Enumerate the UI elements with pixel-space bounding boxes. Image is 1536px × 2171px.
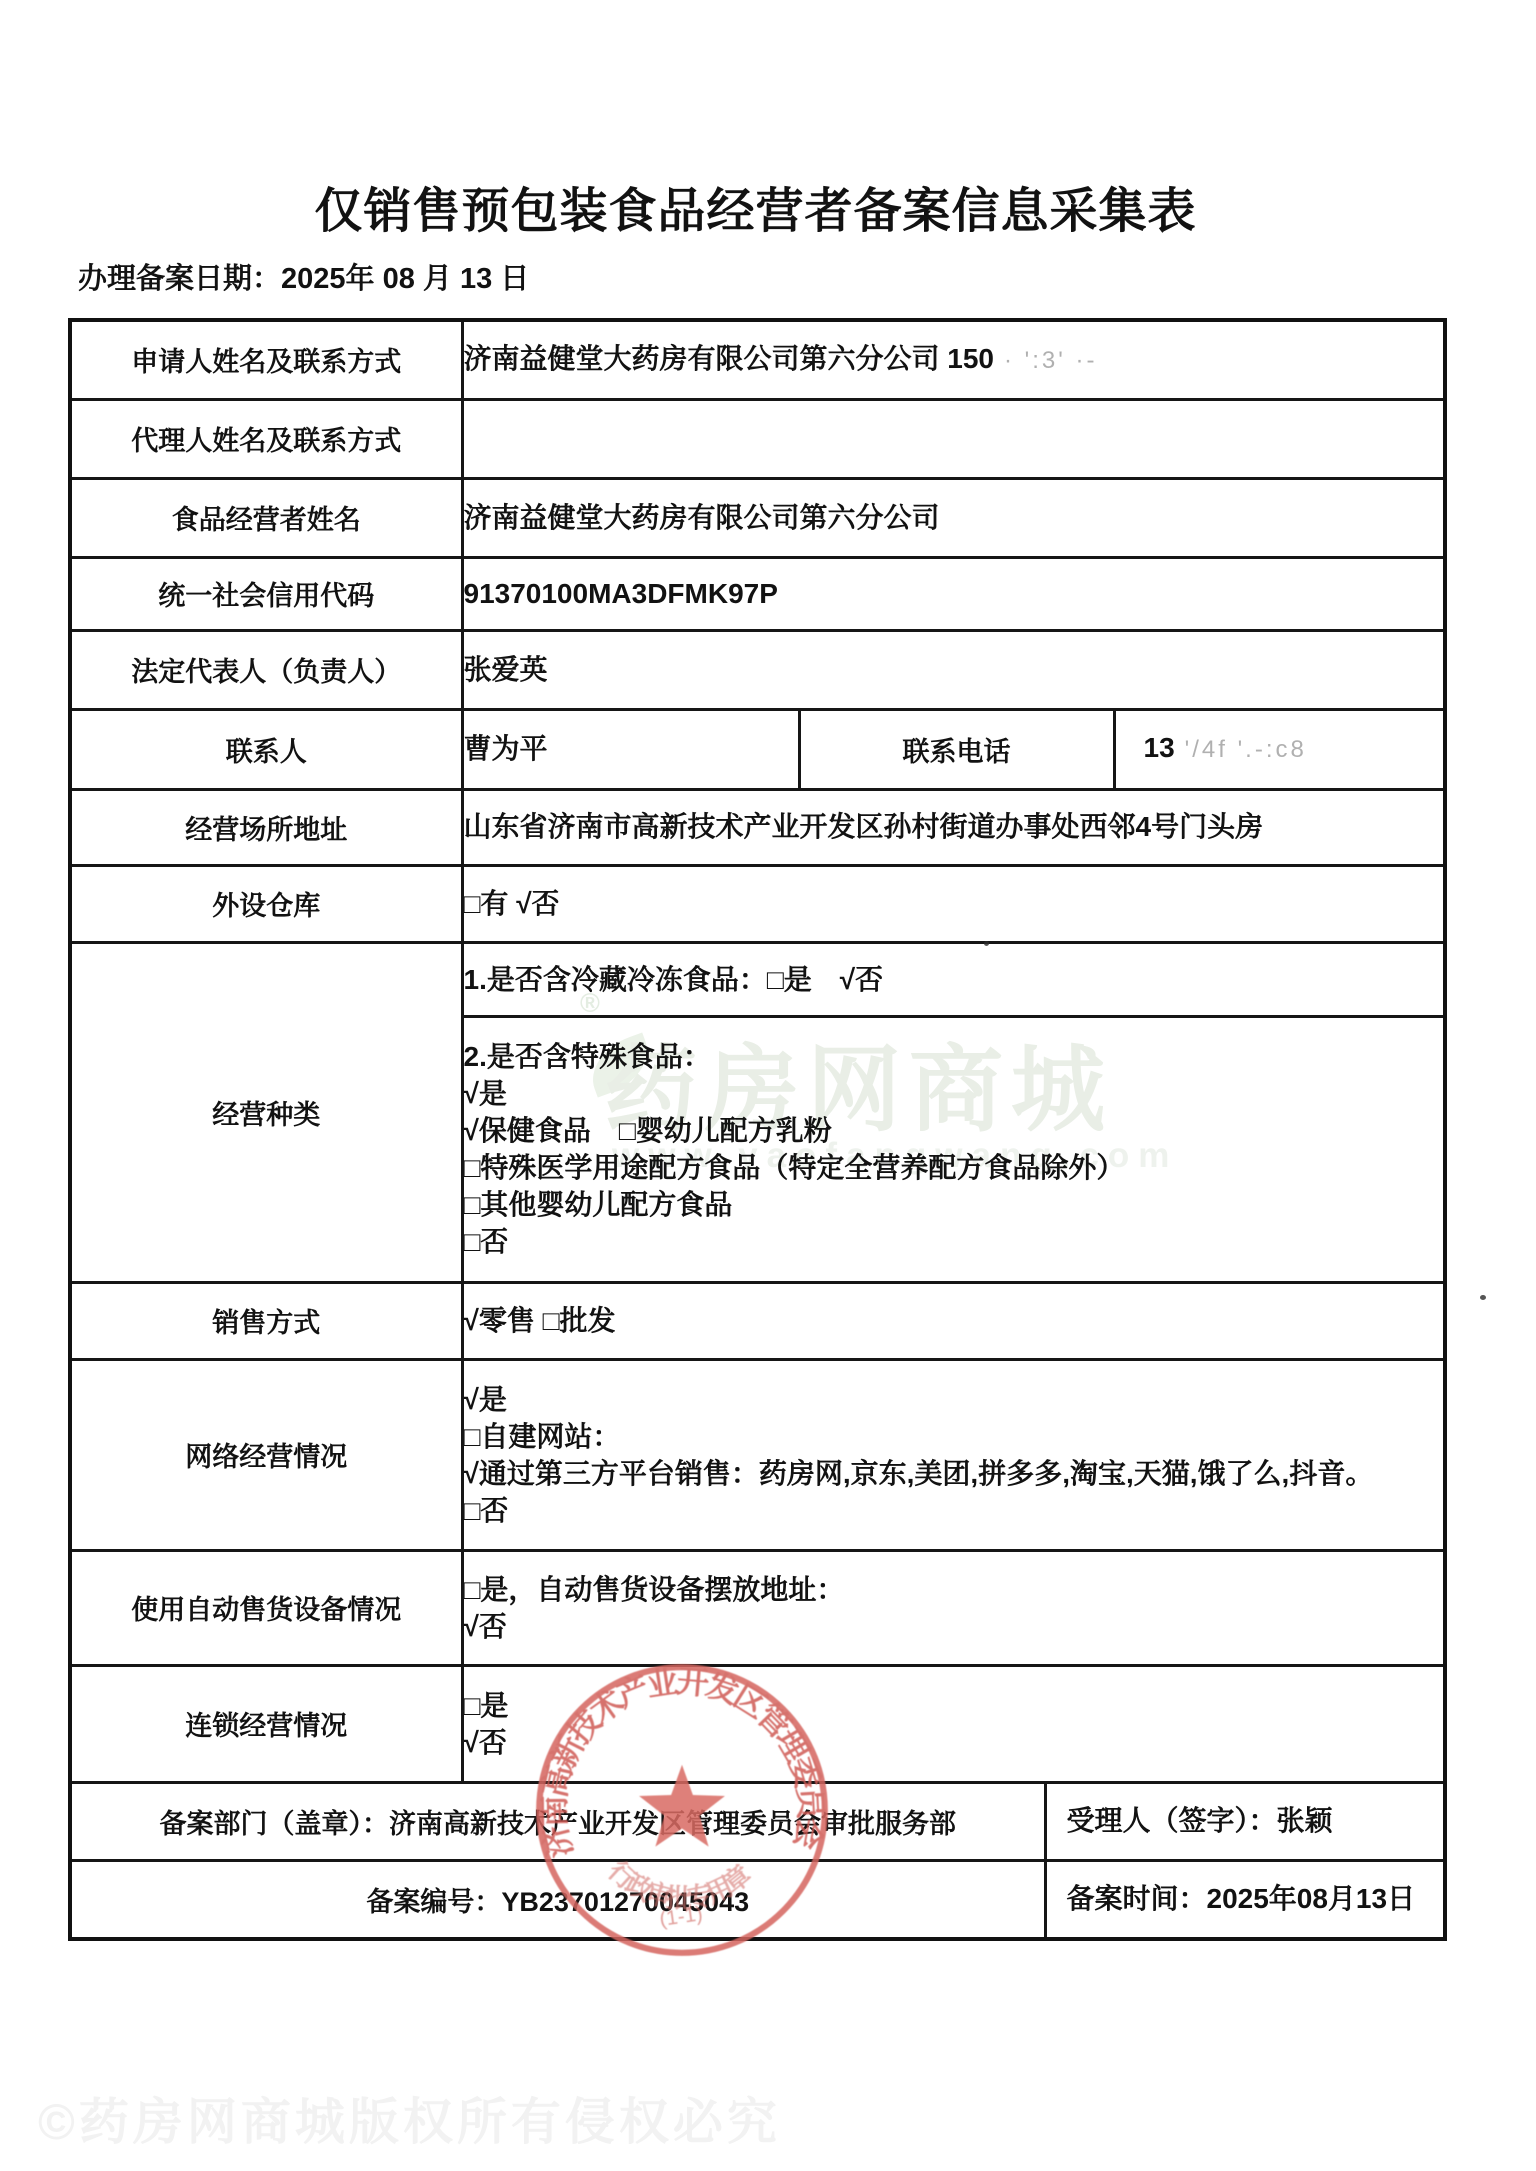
agent-value-cell: [462, 399, 1445, 478]
legal-rep-value: 张爱英: [462, 630, 1445, 709]
credit-code-value: 91370100MA3DFMK97P: [462, 557, 1445, 630]
category-cold-cell: 1.是否含冷藏冷冻食品：□是 √否: [462, 942, 1445, 1016]
chain-operation-cell: □是 √否: [462, 1665, 1445, 1782]
table-row: 联系人 曹为平 联系电话 13'/4f '.-:c8: [70, 709, 1445, 789]
sales-mode-label: 销售方式: [70, 1282, 462, 1359]
table-row: 备案编号：YB23701270045043 备案时间：2025年08月13日: [70, 1860, 1445, 1939]
category-special-line: □特殊医学用途配方食品（特定全营养配方食品除外）: [464, 1149, 1444, 1186]
registration-form-table: 申请人姓名及联系方式 济南益健堂大药房有限公司第六分公司 150· ':3' ·…: [68, 318, 1447, 1941]
table-row: 经营场所地址 山东省济南市高新技术产业开发区孙村街道办事处西邻4号门头房: [70, 789, 1445, 865]
table-row: 申请人姓名及联系方式 济南益健堂大药房有限公司第六分公司 150· ':3' ·…: [70, 320, 1445, 399]
legal-rep-label: 法定代表人（负责人）: [70, 630, 462, 709]
applicant-phone-redacted: · ':3' ·-: [994, 347, 1098, 374]
contact-phone-cell: 13'/4f '.-:c8: [1114, 709, 1445, 789]
online-business-cell: √是 □自建网站： √通过第三方平台销售：药房网,京东,美团,拼多多,淘宝,天猫…: [462, 1359, 1445, 1550]
online-business-line: √通过第三方平台销售：药房网,京东,美团,拼多多,淘宝,天猫,饿了么,抖音。: [464, 1455, 1444, 1492]
address-label: 经营场所地址: [70, 789, 462, 865]
warehouse-value: □有 √否: [462, 865, 1445, 942]
category-special-line: 2.是否含特殊食品：: [464, 1038, 1444, 1075]
table-row: 统一社会信用代码 91370100MA3DFMK97P: [70, 557, 1445, 630]
operator-name-value: 济南益健堂大药房有限公司第六分公司: [462, 478, 1445, 557]
agent-label: 代理人姓名及联系方式: [70, 399, 462, 478]
category-label: 经营种类: [70, 942, 462, 1282]
table-row: 连锁经营情况 □是 √否: [70, 1665, 1445, 1782]
contact-person-label: 联系人: [70, 709, 462, 789]
warehouse-label: 外设仓库: [70, 865, 462, 942]
contact-phone-value: 13: [1144, 732, 1175, 763]
document-page: ® 药房网商城 www.yaofangwang.com 仅销售预包装食品经营者备…: [0, 0, 1536, 2171]
table-row: 食品经营者姓名 济南益健堂大药房有限公司第六分公司: [70, 478, 1445, 557]
record-number: 备案编号：YB23701270045043: [70, 1860, 1045, 1939]
online-business-line: □自建网站：: [464, 1418, 1444, 1455]
table-row: 销售方式 √零售 □批发: [70, 1282, 1445, 1359]
contact-phone-redacted: '/4f '.-:c8: [1175, 736, 1307, 763]
credit-code-label: 统一社会信用代码: [70, 557, 462, 630]
table-row: 经营种类 1.是否含冷藏冷冻食品：□是 √否: [70, 942, 1445, 1016]
vending-machine-cell: □是，自动售货设备摆放地址： √否: [462, 1550, 1445, 1665]
chain-operation-line: √否: [464, 1724, 1444, 1761]
table-row: 备案部门（盖章）：济南高新技术产业开发区管理委员会审批服务部 受理人（签字）：张…: [70, 1782, 1445, 1860]
contact-phone-label: 联系电话: [799, 709, 1114, 789]
category-special-line: □否: [464, 1223, 1444, 1260]
applicant-value: 济南益健堂大药房有限公司第六分公司 150: [464, 343, 995, 374]
category-special-line: √保健食品 □婴幼儿配方乳粉: [464, 1112, 1444, 1149]
table-row: 使用自动售货设备情况 □是，自动售货设备摆放地址： √否: [70, 1550, 1445, 1665]
vending-machine-line: √否: [464, 1608, 1444, 1645]
operator-name-label: 食品经营者姓名: [70, 478, 462, 557]
footer-copyright-watermark: ©药房网商城版权所有侵权必究: [38, 2082, 781, 2154]
vending-machine-line: □是，自动售货设备摆放地址：: [464, 1571, 1444, 1608]
address-value: 山东省济南市高新技术产业开发区孙村街道办事处西邻4号门头房: [462, 789, 1445, 865]
category-special-cell: 2.是否含特殊食品： √是 √保健食品 □婴幼儿配方乳粉 □特殊医学用途配方食品…: [462, 1016, 1445, 1282]
applicant-label: 申请人姓名及联系方式: [70, 320, 462, 399]
page-title: 仅销售预包装食品经营者备案信息采集表: [68, 172, 1443, 241]
acceptor-signature: 受理人（签字）：张颖: [1045, 1782, 1445, 1860]
table-row: 外设仓库 □有 √否: [70, 865, 1445, 942]
contact-person-value: 曹为平: [462, 709, 799, 789]
chain-operation-label: 连锁经营情况: [70, 1665, 462, 1782]
vending-machine-label: 使用自动售货设备情况: [70, 1550, 462, 1665]
table-row: 代理人姓名及联系方式: [70, 399, 1445, 478]
chain-operation-line: □是: [464, 1687, 1444, 1724]
category-special-line: □其他婴幼儿配方食品: [464, 1186, 1444, 1223]
scan-noise-dot: [984, 941, 989, 946]
table-row: 法定代表人（负责人） 张爱英: [70, 630, 1445, 709]
table-row: 网络经营情况 √是 □自建网站： √通过第三方平台销售：药房网,京东,美团,拼多…: [70, 1359, 1445, 1550]
online-business-line: √是: [464, 1381, 1444, 1418]
sales-mode-value: √零售 □批发: [462, 1282, 1445, 1359]
filing-department: 备案部门（盖章）：济南高新技术产业开发区管理委员会审批服务部: [70, 1782, 1045, 1860]
filing-date-line: 办理备案日期：2025年 08 月 13 日: [78, 256, 529, 297]
online-business-label: 网络经营情况: [70, 1359, 462, 1550]
online-business-line: □否: [464, 1492, 1444, 1529]
category-special-line: √是: [464, 1075, 1444, 1112]
applicant-value-cell: 济南益健堂大药房有限公司第六分公司 150· ':3' ·-: [462, 320, 1445, 399]
category-cold-line: 1.是否含冷藏冷冻食品：□是 √否: [464, 961, 1444, 998]
scan-noise-dot: [1480, 1295, 1486, 1300]
record-time: 备案时间：2025年08月13日: [1045, 1860, 1445, 1939]
